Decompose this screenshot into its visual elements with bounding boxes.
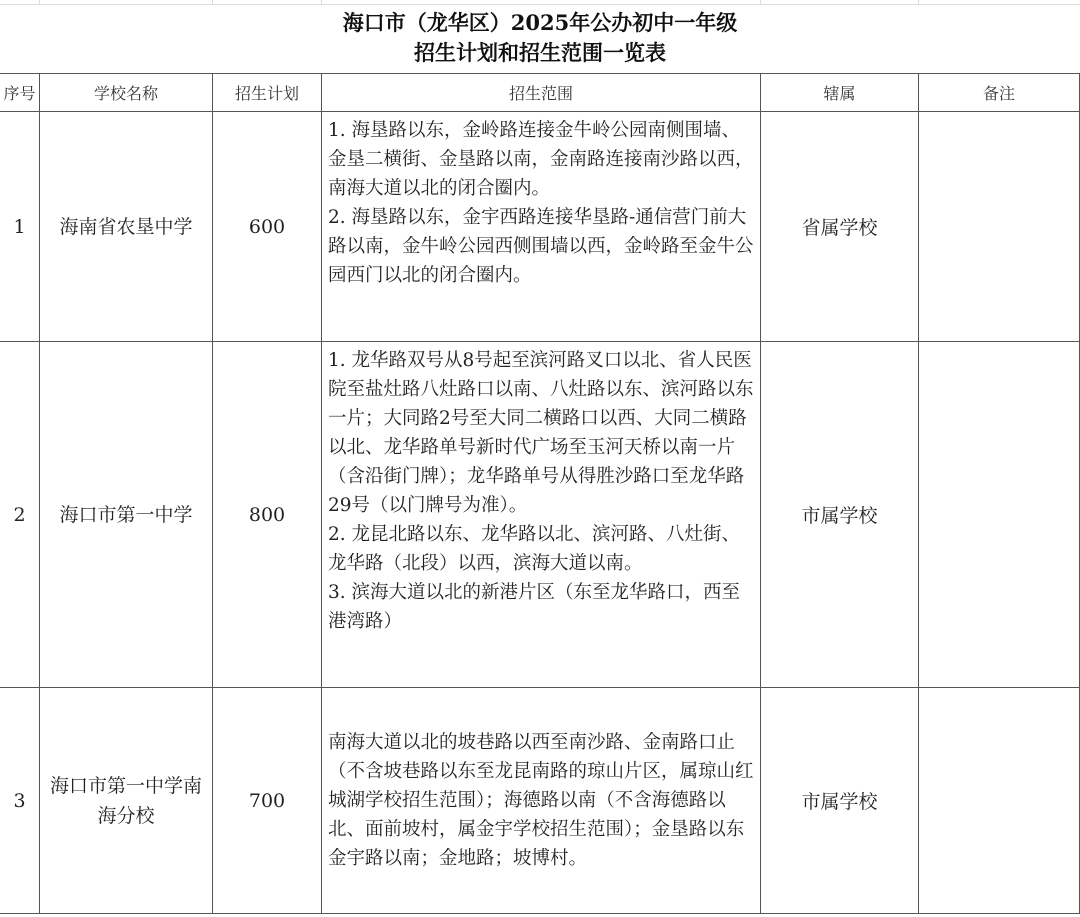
cell-index: 1 [0, 112, 40, 342]
cell-affiliation: 省属学校 [761, 112, 919, 342]
range-text: 南海大道以北的坡巷路以西至南沙路、金南路口止（不含坡巷路以东至龙昆南路的琼山片区… [328, 728, 754, 873]
header-index: 序号 [0, 74, 40, 112]
cell-school-name: 海南省农垦中学 [40, 112, 213, 342]
cell-school-name: 海口市第一中学南海分校 [40, 688, 213, 914]
table-row: 2 海口市第一中学 800 1. 龙华路双号从8号起至滨河路叉口以北、省人民医院… [0, 342, 1080, 688]
header-enrollment-plan: 招生计划 [213, 74, 322, 112]
cell-range: 南海大道以北的坡巷路以西至南沙路、金南路口止（不含坡巷路以东至龙昆南路的琼山片区… [322, 688, 761, 914]
title-line-1: 海口市（龙华区）2025年公办初中一年级 [0, 8, 1080, 38]
cell-affiliation: 市属学校 [761, 342, 919, 688]
header-affiliation: 辖属 [761, 74, 919, 112]
cell-note [919, 112, 1080, 342]
cell-plan: 800 [213, 342, 322, 688]
header-school-name: 学校名称 [40, 74, 213, 112]
header-enrollment-range: 招生范围 [322, 74, 761, 112]
cell-school-name: 海口市第一中学 [40, 342, 213, 688]
cell-range: 1. 海垦路以东，金岭路连接金牛岭公园南侧围墙、金垦二横街、金垦路以南，金南路连… [322, 112, 761, 342]
cell-index: 3 [0, 688, 40, 914]
cell-note [919, 688, 1080, 914]
table-row: 3 海口市第一中学南海分校 700 南海大道以北的坡巷路以西至南沙路、金南路口止… [0, 688, 1080, 914]
range-text: 1. 海垦路以东，金岭路连接金牛岭公园南侧围墙、金垦二横街、金垦路以南，金南路连… [328, 116, 754, 290]
enrollment-table: 序号 学校名称 招生计划 招生范围 辖属 备注 1 海南省农垦中学 600 1.… [0, 73, 1080, 914]
cell-affiliation: 市属学校 [761, 688, 919, 914]
spreadsheet-gridline-above [0, 0, 1080, 5]
range-text: 1. 龙华路双号从8号起至滨河路叉口以北、省人民医院至盐灶路八灶路口以南、八灶路… [328, 346, 754, 686]
cell-plan: 700 [213, 688, 322, 914]
document-title: 海口市（龙华区）2025年公办初中一年级 招生计划和招生范围一览表 [0, 8, 1080, 68]
cell-plan: 600 [213, 112, 322, 342]
table-row: 1 海南省农垦中学 600 1. 海垦路以东，金岭路连接金牛岭公园南侧围墙、金垦… [0, 112, 1080, 342]
header-row: 序号 学校名称 招生计划 招生范围 辖属 备注 [0, 74, 1080, 112]
cell-range: 1. 龙华路双号从8号起至滨河路叉口以北、省人民医院至盐灶路八灶路口以南、八灶路… [322, 342, 761, 688]
cell-note [919, 342, 1080, 688]
title-line-2: 招生计划和招生范围一览表 [0, 38, 1080, 68]
header-note: 备注 [919, 74, 1080, 112]
cell-index: 2 [0, 342, 40, 688]
